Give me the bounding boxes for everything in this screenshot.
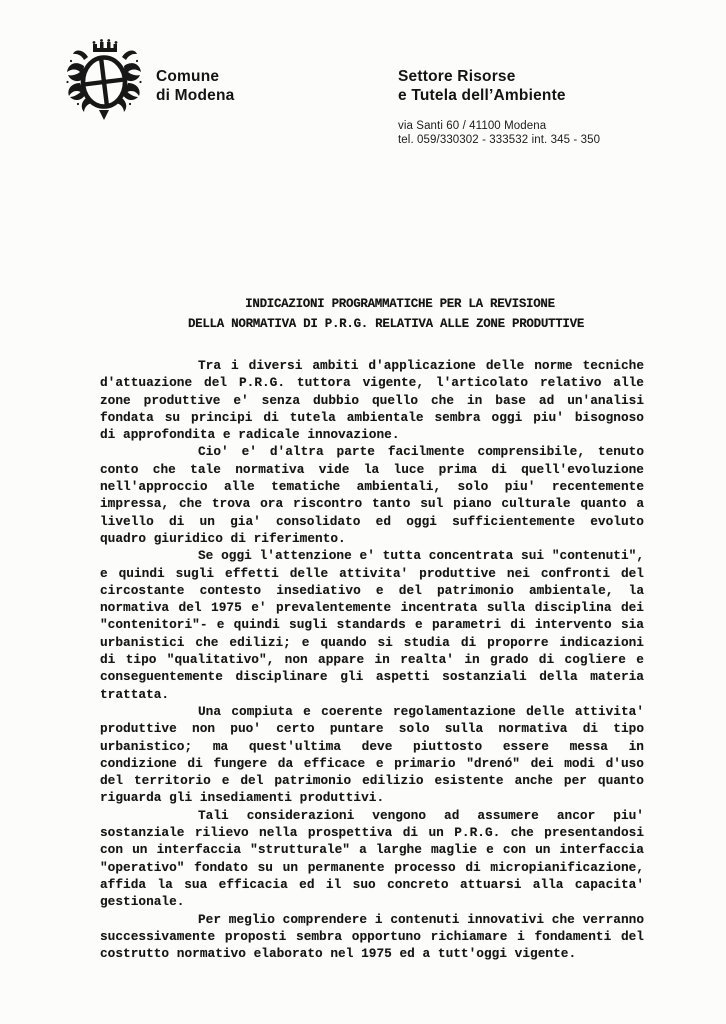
department-address: via Santi 60 / 41100 Modena tel. 059/330… bbox=[398, 120, 600, 148]
text-line: impressa, che trova ora riscontro tanto … bbox=[100, 495, 644, 512]
department-name-line2: e Tutela dell’Ambiente bbox=[398, 86, 566, 105]
text-line: nell'approccio alle tematiche ambientali… bbox=[100, 478, 644, 495]
text-line: livello di un gia' consolidato ed oggi s… bbox=[100, 513, 644, 530]
text-line: conto che tale normativa vide la luce pr… bbox=[100, 461, 644, 478]
text-line: Per meglio comprendere i contenuti innov… bbox=[100, 911, 644, 928]
address-street: via Santi 60 / 41100 Modena bbox=[398, 120, 600, 134]
paragraph: Per meglio comprendere i contenuti innov… bbox=[100, 911, 644, 963]
text-line: "operativo" fondato su un permanente pro… bbox=[100, 859, 644, 876]
text-line: gestionale. bbox=[100, 893, 644, 910]
modena-coat-of-arms-icon bbox=[64, 38, 144, 122]
department-name: Settore Risorse e Tutela dell’Ambiente bbox=[398, 67, 566, 105]
document-title: INDICAZIONI PROGRAMMATICHE PER LA REVISI… bbox=[100, 294, 644, 334]
text-line: produttive non puo' certo puntare solo s… bbox=[100, 720, 644, 737]
paragraph: Tra i diversi ambiti d'applicazione dell… bbox=[100, 357, 644, 443]
text-line: Cio' e' d'altra parte facilmente compren… bbox=[100, 443, 644, 460]
text-line: urbanistico; ma quest'ultima deve piutto… bbox=[100, 738, 644, 755]
text-line: normativa del 1975 e' prevalentemente in… bbox=[100, 599, 644, 616]
paragraph: Una compiuta e coerente regolamentazione… bbox=[100, 703, 644, 807]
text-line: costrutto normativo elaborato nel 1975 e… bbox=[100, 945, 644, 962]
text-line: "contenitori"- e quindi sugli standards … bbox=[100, 616, 644, 633]
text-line: Tali considerazioni vengono ad assumere … bbox=[100, 807, 644, 824]
text-line: Se oggi l'attenzione e' tutta concentrat… bbox=[100, 547, 644, 564]
paragraph: Cio' e' d'altra parte facilmente compren… bbox=[100, 443, 644, 547]
scanned-letter-page: Comune di Modena Settore Risorse e Tutel… bbox=[0, 0, 726, 1024]
document-title-line2: DELLA NORMATIVA DI P.R.G. RELATIVA ALLE … bbox=[114, 314, 658, 334]
department-name-line1: Settore Risorse bbox=[398, 67, 566, 86]
text-line: fondata su principi di tutela ambientale… bbox=[100, 409, 644, 426]
text-line: condizione di fungere da efficace e prim… bbox=[100, 755, 644, 772]
text-line: con un interfaccia "strutturale" a largh… bbox=[100, 841, 644, 858]
text-line: e quindi sugli effetti delle attivita' p… bbox=[100, 565, 644, 582]
document-body: Tra i diversi ambiti d'applicazione dell… bbox=[100, 357, 644, 962]
text-line: d'attuazione del P.R.G. tuttora vigente,… bbox=[100, 374, 644, 391]
text-line: successivamente proposti sembra opportun… bbox=[100, 928, 644, 945]
text-line: Una compiuta e coerente regolamentazione… bbox=[100, 703, 644, 720]
text-line: trattata. bbox=[100, 686, 644, 703]
text-line: sostanziale rilievo nella prospettiva di… bbox=[100, 824, 644, 841]
paragraph: Se oggi l'attenzione e' tutta concentrat… bbox=[100, 547, 644, 703]
text-line: urbanistici che edilizi; e quando si stu… bbox=[100, 634, 644, 651]
paragraph: Tali considerazioni vengono ad assumere … bbox=[100, 807, 644, 911]
text-line: circostante contesto insediativo e del p… bbox=[100, 582, 644, 599]
text-line: affida la sua efficacia ed il suo concre… bbox=[100, 876, 644, 893]
text-line: di tipo "qualitativo", non appare in rea… bbox=[100, 651, 644, 668]
text-line: Tra i diversi ambiti d'applicazione dell… bbox=[100, 357, 644, 374]
document-title-line1: INDICAZIONI PROGRAMMATICHE PER LA REVISI… bbox=[128, 294, 672, 314]
text-line: zone produttive e' senza dubbio quello c… bbox=[100, 392, 644, 409]
text-line: riguarda gli insediamenti produttivi. bbox=[100, 789, 644, 806]
municipality-name: Comune di Modena bbox=[156, 67, 234, 105]
text-line: del territorio e del patrimonio edilizio… bbox=[100, 772, 644, 789]
address-phone: tel. 059/330302 - 333532 int. 345 - 350 bbox=[398, 134, 600, 148]
text-line: quadro giuridico di riferimento. bbox=[100, 530, 644, 547]
municipality-name-line2: di Modena bbox=[156, 86, 234, 105]
text-line: di approfondita e radicale innovazione. bbox=[100, 426, 644, 443]
text-line: conseguentemente disciplinare gli aspett… bbox=[100, 668, 644, 685]
municipality-name-line1: Comune bbox=[156, 67, 234, 86]
